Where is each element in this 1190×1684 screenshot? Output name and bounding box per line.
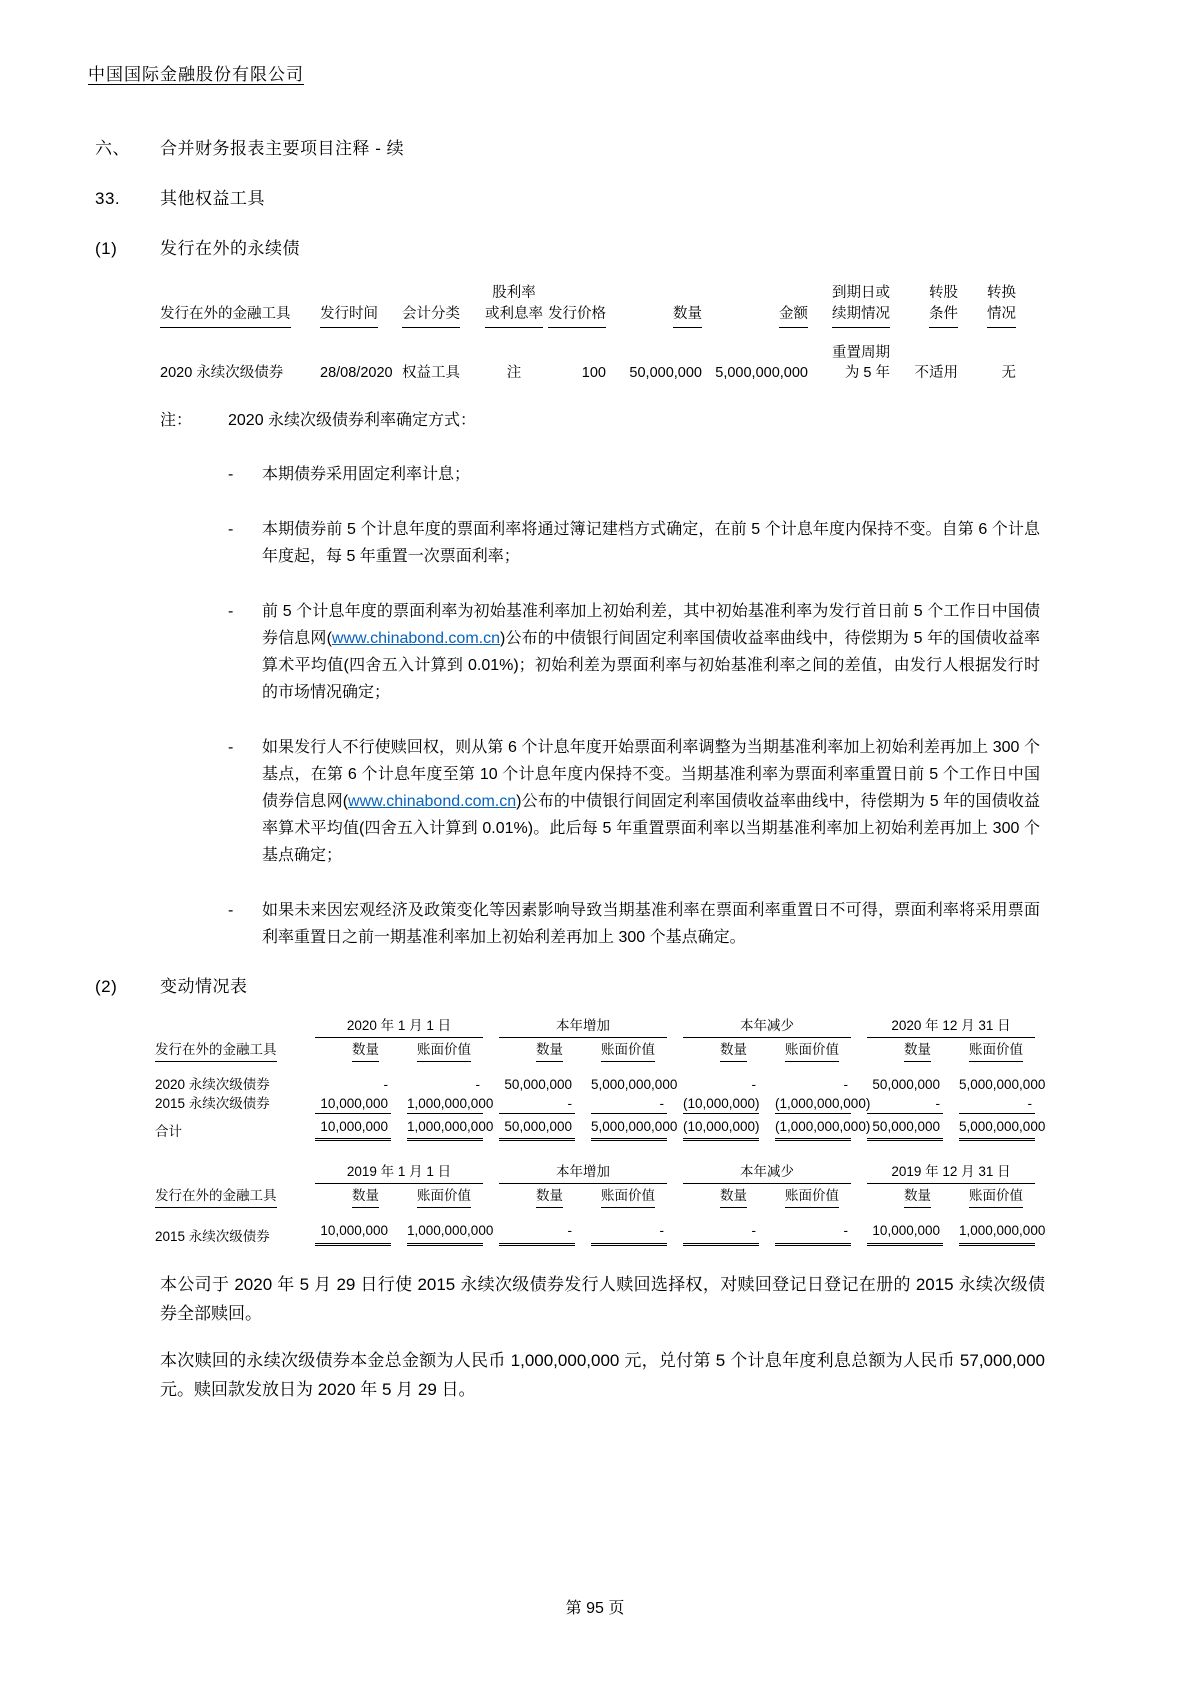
cell-value: 50,000,000: [499, 1075, 575, 1094]
sub-header-value: 账面价值: [785, 1187, 839, 1208]
cell-value: 5,000,000,000: [959, 1075, 1035, 1094]
cell-value: -: [775, 1221, 851, 1246]
group-header-row: 2019 年 1 月 1 日 本年增加 本年减少 2019 年 12 月 31 …: [155, 1163, 1035, 1184]
row-label: 2015 永续次级债券: [155, 1094, 299, 1113]
group-additions: 本年增加: [499, 1163, 667, 1184]
subsection-1-number: (1): [95, 237, 160, 261]
cell-conversion-condition: 不适用: [890, 328, 958, 383]
cell-value: -: [775, 1075, 851, 1094]
sub-header-qty: 数量: [352, 1041, 379, 1062]
note-bullet-5: - 如果未来因宏观经济及政策变化等因素影响导致当期基准利率在票面利率重置日不可得…: [228, 897, 1040, 951]
cell-value: 1,000,000,000: [407, 1221, 483, 1246]
section-6-heading: 六、 合并财务报表主要项目注释 - 续: [95, 137, 1190, 161]
group-2019-dec31: 2019 年 12 月 31 日: [867, 1163, 1035, 1184]
bullet-text: 本期债券前 5 个计息年度的票面利率将通过簿记建档方式确定，在前 5 个计息年度…: [262, 516, 1040, 570]
sub-header-value: 账面价值: [417, 1041, 471, 1062]
row-header-instruments: 发行在外的金融工具: [155, 1041, 277, 1062]
col-header-conversion-status-top: 转换: [958, 283, 1016, 304]
sub-header-qty: 数量: [536, 1187, 563, 1208]
group-2020-dec31: 2020 年 12 月 31 日: [867, 1017, 1035, 1038]
cell-value: 5,000,000,000: [591, 1075, 667, 1094]
bullet-dash: -: [228, 897, 262, 951]
sub-header-qty: 数量: [536, 1041, 563, 1062]
note-33-title: 其他权益工具: [160, 187, 265, 211]
sub-header-qty: 数量: [720, 1041, 747, 1062]
sub-header-value: 账面价值: [601, 1187, 655, 1208]
note-33-heading: 33. 其他权益工具: [95, 187, 1190, 211]
cell-value: 10,000,000: [867, 1221, 943, 1246]
sub-header-value: 账面价值: [785, 1041, 839, 1062]
row-label: 2020 永续次级债券: [155, 1062, 299, 1094]
group-reductions: 本年减少: [683, 1017, 851, 1038]
bullet-dash: -: [228, 734, 262, 869]
table-row-2015-bond: 2015 永续次级债券 10,000,000 1,000,000,000 - -…: [155, 1208, 1035, 1246]
subsection-1-heading: (1) 发行在外的永续债: [95, 237, 1190, 261]
cell-conversion-status: 无: [958, 328, 1016, 383]
cell-value: -: [591, 1221, 667, 1246]
change-table-2020: 2020 年 1 月 1 日 本年增加 本年减少 2020 年 12 月 31 …: [155, 1017, 1035, 1141]
section-6-number: 六、: [95, 137, 160, 161]
document-page: 中国国际金融股份有限公司 六、 合并财务报表主要项目注释 - 续 33. 其他权…: [0, 0, 1190, 1684]
note-label: 注：: [160, 409, 228, 433]
cell-value: -: [407, 1075, 483, 1094]
col-header-amount: 金额: [779, 304, 808, 328]
col-header-quantity: 数量: [673, 304, 702, 328]
sub-header-qty: 数量: [904, 1041, 931, 1062]
cell-value: -: [959, 1094, 1035, 1113]
sub-header-value: 账面价值: [969, 1187, 1023, 1208]
cell-accounting-class: 权益工具: [402, 328, 482, 383]
cell-maturity: 重置周期 为 5 年: [808, 328, 890, 383]
cell-value: 10,000,000: [315, 1094, 391, 1113]
col-header-instrument: 发行在外的金融工具: [160, 304, 291, 328]
issuance-header-row: 发行在外的金融工具 发行时间 会计分类 股利率或利息率 发行价格 数量 金额 到…: [160, 283, 1016, 328]
bullet-text: 前 5 个计息年度的票面利率为初始基准利率加上初始利差，其中初始基准利率为发行首…: [262, 598, 1040, 706]
note-bullet-2: - 本期债券前 5 个计息年度的票面利率将通过簿记建档方式确定，在前 5 个计息…: [228, 516, 1040, 570]
group-header-row: 2020 年 1 月 1 日 本年增加 本年减少 2020 年 12 月 31 …: [155, 1017, 1035, 1038]
subsection-2-number: (2): [95, 975, 160, 999]
table-row-2020-bond: 2020 永续次级债券 - - 50,000,000 5,000,000,000…: [155, 1062, 1035, 1094]
cell-value: -: [315, 1075, 391, 1094]
cell-maturity-line2: 为 5 年: [808, 363, 890, 383]
cell-value: -: [683, 1075, 759, 1094]
cell-issue-price: 100: [546, 328, 606, 383]
page-number: 第 95 页: [0, 1595, 1190, 1618]
bullet-text: 如果发行人不行使赎回权，则从第 6 个计息年度开始票面利率调整为当期基准利率加上…: [262, 734, 1040, 869]
group-additions: 本年增加: [499, 1017, 667, 1038]
sub-header-row: 发行在外的金融工具 数量 账面价值 数量 账面价值 数量 账面价值 数量 账面价…: [155, 1038, 1035, 1062]
sub-header-qty: 数量: [904, 1187, 931, 1208]
sub-header-qty: 数量: [352, 1187, 379, 1208]
sub-header-qty: 数量: [720, 1187, 747, 1208]
redemption-paragraph-2: 本次赎回的永续次级债券本金总金额为人民币 1,000,000,000 元，兑付第…: [160, 1346, 1045, 1404]
total-value: 5,000,000,000: [959, 1113, 1035, 1141]
subsection-2-heading: (2) 变动情况表: [95, 975, 1190, 999]
table-row-2015-bond: 2015 永续次级债券 10,000,000 1,000,000,000 - -…: [155, 1094, 1035, 1113]
bullet-text: 本期债券采用固定利率计息；: [262, 461, 1040, 488]
cell-quantity: 50,000,000: [606, 328, 702, 383]
cell-value: 1,000,000,000: [959, 1221, 1035, 1246]
cell-value: (10,000,000): [683, 1094, 759, 1113]
cell-value: (1,000,000,000): [775, 1094, 851, 1113]
total-value: 50,000,000: [499, 1113, 575, 1141]
note-intro: 2020 永续次级债券利率确定方式：: [228, 409, 476, 433]
bullet-dash: -: [228, 516, 262, 570]
perpetual-bond-issuance-table: 发行在外的金融工具 发行时间 会计分类 股利率或利息率 发行价格 数量 金额 到…: [160, 283, 1016, 383]
sub-header-value: 账面价值: [417, 1187, 471, 1208]
total-value: 10,000,000: [315, 1113, 391, 1141]
total-value: 5,000,000,000: [591, 1113, 667, 1141]
col-header-issue-price: 发行价格: [548, 304, 606, 328]
issuance-data-row: 2020 永续次级债券 28/08/2020 权益工具 注 100 50,000…: [160, 328, 1016, 383]
cell-maturity-line1: 重置周期: [808, 343, 890, 363]
change-table-2019: 2019 年 1 月 1 日 本年增加 本年减少 2019 年 12 月 31 …: [155, 1163, 1035, 1246]
redemption-paragraph-1: 本公司于 2020 年 5 月 29 日行使 2015 永续次级债券发行人赎回选…: [160, 1270, 1045, 1328]
total-value: 1,000,000,000: [407, 1113, 483, 1141]
group-reductions: 本年减少: [683, 1163, 851, 1184]
col-header-maturity-top: 到期日或: [808, 283, 890, 304]
cell-value: -: [867, 1094, 943, 1113]
sub-header-value: 账面价值: [969, 1041, 1023, 1062]
bullet-dash: -: [228, 461, 262, 488]
bullet-dash: -: [228, 598, 262, 706]
cell-amount: 5,000,000,000: [702, 328, 808, 383]
cell-value: -: [591, 1094, 667, 1113]
sub-header-row: 发行在外的金融工具 数量 账面价值 数量 账面价值 数量 账面价值 数量 账面价…: [155, 1184, 1035, 1208]
note-33-number: 33.: [95, 187, 160, 211]
subsection-1-title: 发行在外的永续债: [160, 237, 300, 261]
col-header-maturity: 续期情况: [832, 304, 890, 328]
col-header-accounting-class: 会计分类: [402, 304, 460, 328]
cell-value: -: [683, 1221, 759, 1246]
col-header-rate-top: 股利率: [482, 283, 546, 304]
total-value: (10,000,000): [683, 1113, 759, 1141]
table-row-total: 合计 10,000,000 1,000,000,000 50,000,000 5…: [155, 1113, 1035, 1141]
total-value: (1,000,000,000): [775, 1113, 851, 1141]
section-6-title: 合并财务报表主要项目注释 - 续: [160, 137, 404, 161]
row-label: 2015 永续次级债券: [155, 1208, 299, 1246]
cell-value: 50,000,000: [867, 1075, 943, 1094]
total-value: 50,000,000: [867, 1113, 943, 1141]
col-header-conversion-condition-top: 转股: [890, 283, 958, 304]
bullet-text: 如果未来因宏观经济及政策变化等因素影响导致当期基准利率在票面利率重置日不可得，票…: [262, 897, 1040, 951]
company-name: 中国国际金融股份有限公司: [88, 65, 304, 84]
note-bullet-1: - 本期债券采用固定利率计息；: [228, 461, 1040, 488]
row-header-instruments: 发行在外的金融工具: [155, 1187, 277, 1208]
cell-value: 1,000,000,000: [407, 1094, 483, 1113]
group-2020-jan1: 2020 年 1 月 1 日: [315, 1017, 483, 1038]
group-2019-jan1: 2019 年 1 月 1 日: [315, 1163, 483, 1184]
chinabond-link[interactable]: www.chinabond.com.cn: [332, 630, 500, 647]
note-bullet-3: - 前 5 个计息年度的票面利率为初始基准利率加上初始利差，其中初始基准利率为发…: [228, 598, 1040, 706]
cell-value: -: [499, 1094, 575, 1113]
col-header-rate: 或利息率: [485, 304, 543, 328]
cell-value: 10,000,000: [315, 1221, 391, 1246]
rate-note-intro-row: 注： 2020 永续次级债券利率确定方式：: [160, 409, 1190, 433]
note-bullet-4: - 如果发行人不行使赎回权，则从第 6 个计息年度开始票面利率调整为当期基准利率…: [228, 734, 1040, 869]
cell-rate-note: 注: [482, 328, 546, 383]
col-header-conversion-status: 情况: [987, 304, 1016, 328]
col-header-conversion-condition: 条件: [929, 304, 958, 328]
col-header-issue-date: 发行时间: [320, 304, 378, 328]
company-header: 中国国际金融股份有限公司: [88, 0, 1190, 85]
chinabond-link[interactable]: www.chinabond.com.cn: [348, 793, 516, 810]
cell-value: -: [499, 1221, 575, 1246]
total-label: 合计: [155, 1113, 299, 1141]
cell-instrument: 2020 永续次级债券: [160, 328, 310, 383]
sub-header-value: 账面价值: [601, 1041, 655, 1062]
cell-issue-date: 28/08/2020: [310, 328, 402, 383]
subsection-2-title: 变动情况表: [160, 975, 248, 999]
